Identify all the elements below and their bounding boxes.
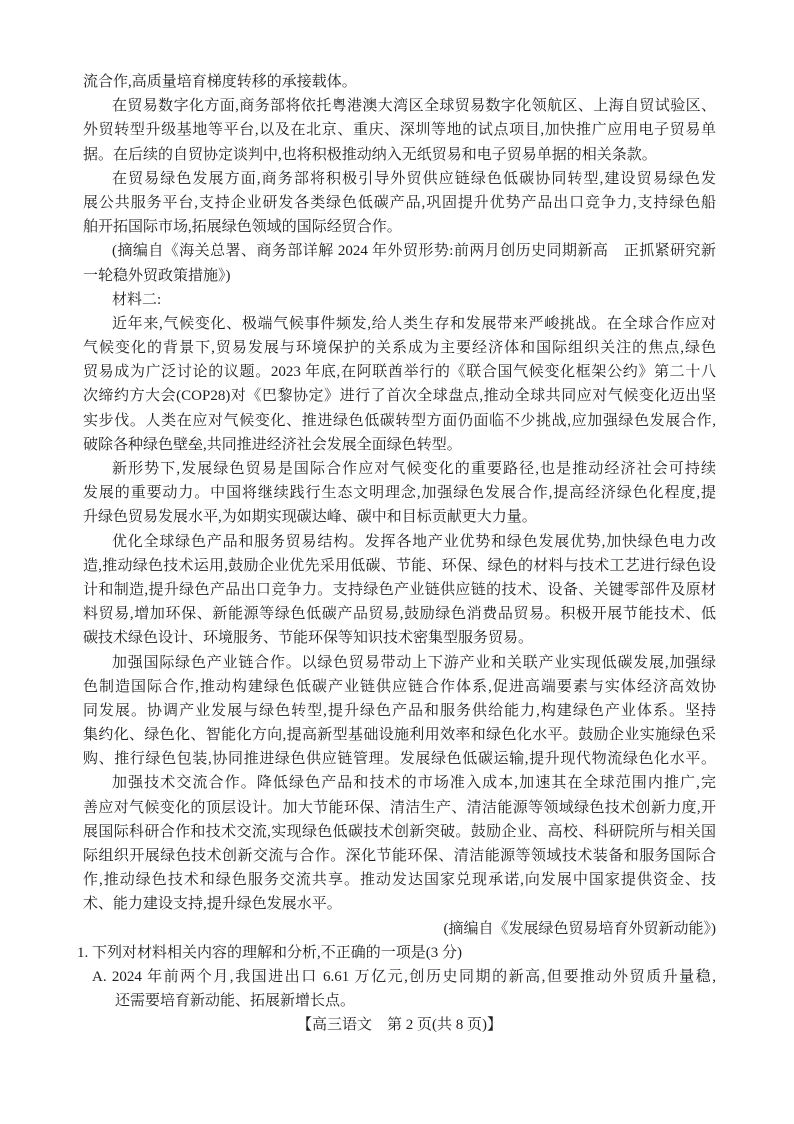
document-line: 加强国际绿色产业链合作。以绿色贸易带动上下游产业和关联产业实现低碳发展,加强绿 <box>83 651 716 675</box>
document-line: 展国际科研合作和技术交流,实现绿色低碳技术创新突破。鼓励企业、高校、科研院所与相… <box>83 820 716 844</box>
document-line: (摘编自《海关总署、商务部详解 2024 年外贸形势:前两月创历史同期新高 正抓… <box>83 239 716 263</box>
text-lines: 流合作,高质量培育梯度转移的承接载体。在贸易数字化方面,商务部将依托粤港澳大湾区… <box>83 70 716 1038</box>
document-line: 术、能力建设支持,提升绿色发展水平。 <box>83 892 716 916</box>
document-line: 近年来,气候变化、极端气候事件频发,给人类生存和发展带来严峻挑战。在全球合作应对 <box>83 312 716 336</box>
document-line: 色制造国际合作,推动构建绿色低碳产业链供应链合作体系,促进高端要素与实体经济高效… <box>83 675 716 699</box>
document-line: 碳技术绿色设计、环境服务、节能环保等知识技术密集型服务贸易。 <box>83 626 716 650</box>
document-line: (摘编自《发展绿色贸易培育外贸新动能》) <box>83 917 716 941</box>
document-line: 实步伐。人类在应对气候变化、推进绿色低碳转型方面仍面临不少挑战,应加强绿色发展合… <box>83 409 716 433</box>
document-line: 展公共服务平台,支持企业研发各类绿色低碳产品,巩固提升优势产品出口竞争力,支持绿… <box>83 191 716 215</box>
document-line: A. 2024 年前两个月,我国进出口 6.61 万亿元,创历史同期的新高,但要… <box>83 965 716 989</box>
document-line: 际组织开展绿色技术创新交流与合作。深化节能环保、清洁能源等领域技术装备和服务国际… <box>83 844 716 868</box>
document-line: 新形势下,发展绿色贸易是国际合作应对气候变化的重要路径,也是推动经济社会可持续 <box>83 457 716 481</box>
document-line: 流合作,高质量培育梯度转移的承接载体。 <box>83 70 716 94</box>
document-line: 优化全球绿色产品和服务贸易结构。发挥各地产业优势和绿色发展优势,加快绿色电力改 <box>83 530 716 554</box>
document-line: 1. 下列对材料相关内容的理解和分析,不正确的一项是(3 分) <box>77 941 716 965</box>
document-line: 还需要培育新动能、拓展新增长点。 <box>83 989 716 1013</box>
document-line: 次缔约方大会(COP28)对《巴黎协定》进行了首次全球盘点,推动全球共同应对气候… <box>83 384 716 408</box>
document-line: 善应对气候变化的顶层设计。加大节能环保、清洁生产、清洁能源等领域绿色技术创新力度… <box>83 796 716 820</box>
document-line: 作,推动绿色技术和绿色服务交流共享。推动发达国家兑现承诺,向发展中国家提供资金、… <box>83 868 716 892</box>
document-line: 在贸易绿色发展方面,商务部将积极引导外贸供应链绿色低碳协同转型,建设贸易绿色发 <box>83 167 716 191</box>
document-line: 一轮稳外贸政策措施》) <box>83 264 716 288</box>
document-line: 外贸转型升级基地等平台,以及在北京、重庆、深圳等地的试点项目,加快推广应用电子贸… <box>83 118 716 142</box>
document-line: 料贸易,增加环保、新能源等绿色低碳产品贸易,鼓励绿色消费品贸易。积极开展节能技术… <box>83 602 716 626</box>
page-footer: 【高三语文 第 2 页(共 8 页)】 <box>83 1013 716 1037</box>
document-line: 贸易成为广泛讨论的议题。2023 年底,在阿联酋举行的《联合国气候变化框架公约》… <box>83 360 716 384</box>
document-line: 同发展。协调产业发展与绿色转型,提升绿色产品和服务供给能力,构建绿色产业体系。坚… <box>83 699 716 723</box>
document-line: 加强技术交流合作。降低绿色产品和技术的市场准入成本,加速其在全球范围内推广,完 <box>83 771 716 795</box>
document-line: 材料二: <box>83 288 716 312</box>
document-line: 购、推行绿色包装,协同推进绿色供应链管理。发展绿色低碳运输,提升现代物流绿色化水… <box>83 747 716 771</box>
document-line: 气候变化的背景下,贸易发展与环境保护的关系成为主要经济体和国际组织关注的焦点,绿… <box>83 336 716 360</box>
exam-page: 流合作,高质量培育梯度转移的承接载体。在贸易数字化方面,商务部将依托粤港澳大湾区… <box>0 0 794 1124</box>
document-line: 破除各种绿色壁垒,共同推进经济社会发展全面绿色转型。 <box>83 433 716 457</box>
document-line: 在贸易数字化方面,商务部将依托粤港澳大湾区全球贸易数字化领航区、上海自贸试验区、 <box>83 94 716 118</box>
document-line: 造,推动绿色技术运用,鼓励企业优先采用低碳、节能、环保、绿色的材料与技术工艺进行… <box>83 554 716 578</box>
document-line: 集约化、绿色化、智能化方向,提高新型基础设施利用效率和绿色化水平。鼓励企业实施绿… <box>83 723 716 747</box>
document-line: 升绿色贸易发展水平,为如期实现碳达峰、碳中和目标贡献更大力量。 <box>83 505 716 529</box>
document-line: 据。在后续的自贸协定谈判中,也将积极推动纳入无纸贸易和电子贸易单据的相关条款。 <box>83 143 716 167</box>
document-line: 计和制造,提升绿色产品出口竞争力。支持绿色产业链供应链的技术、设备、关键零部件及… <box>83 578 716 602</box>
document-line: 发展的重要动力。中国将继续践行生态文明理念,加强绿色发展合作,提高经济绿色化程度… <box>83 481 716 505</box>
document-line: 舶开拓国际市场,拓展绿色领域的国际经贸合作。 <box>83 215 716 239</box>
